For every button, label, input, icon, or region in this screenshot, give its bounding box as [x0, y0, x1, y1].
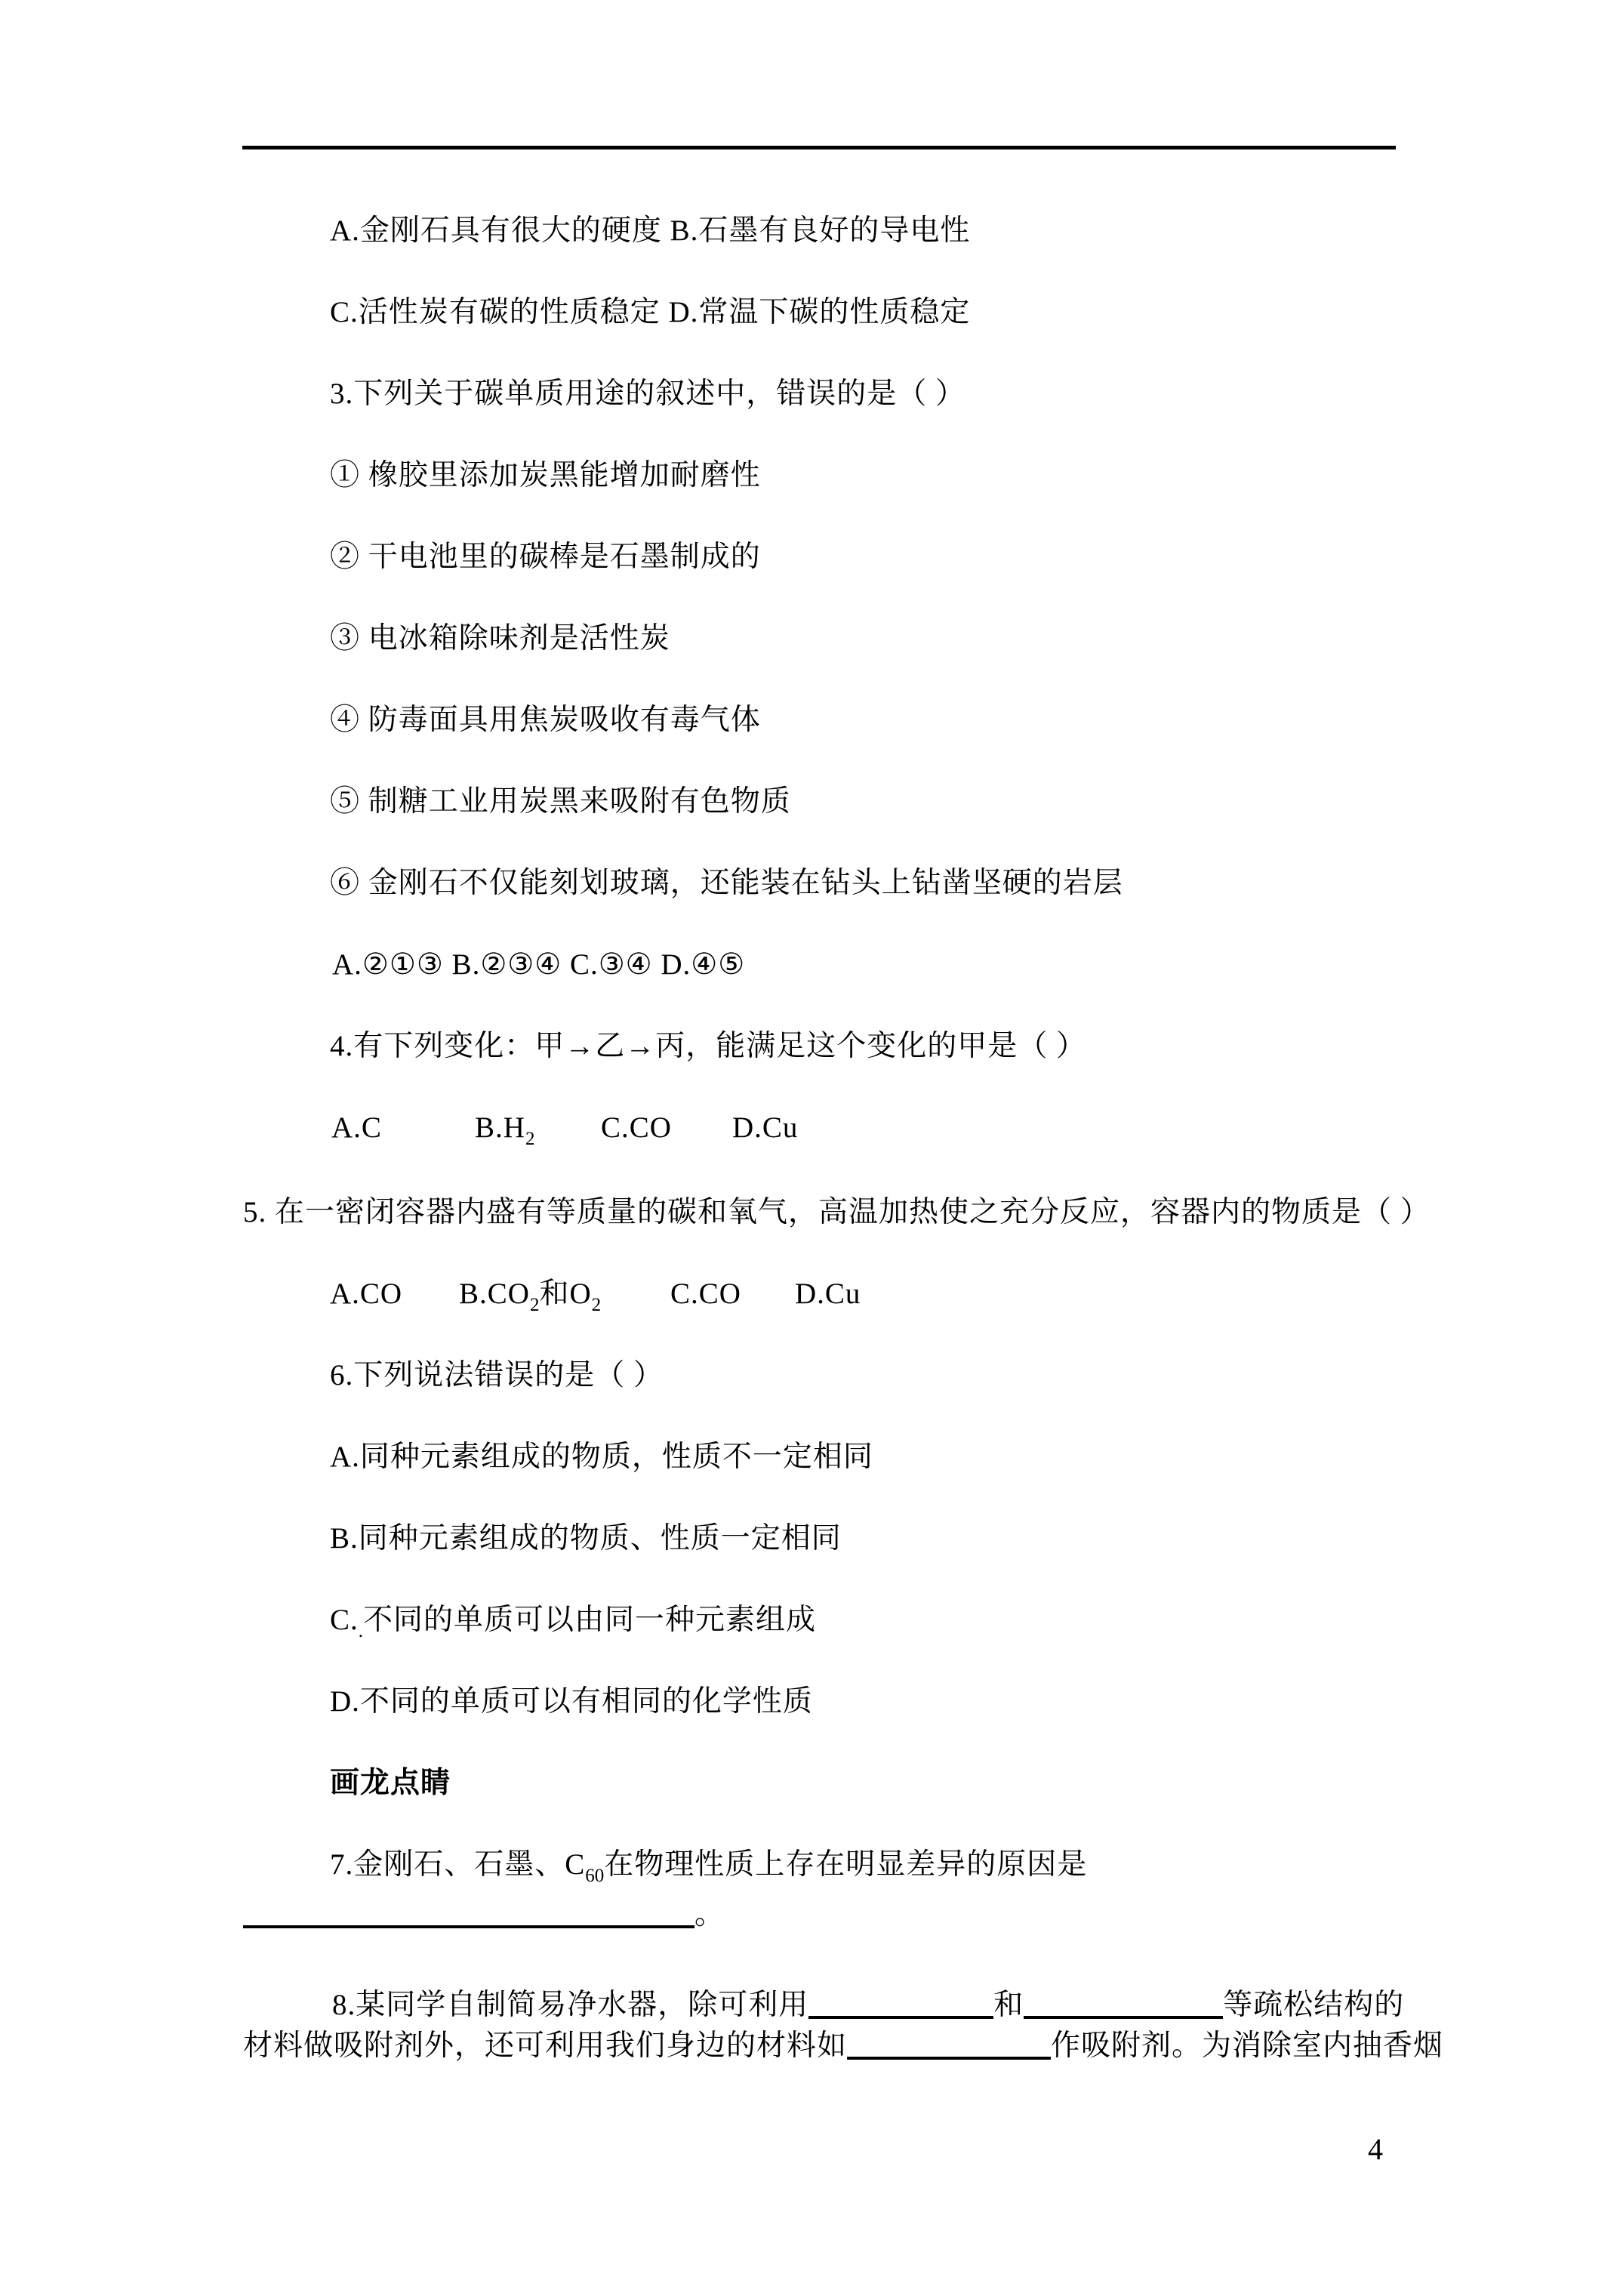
text-segment: ⑤ 制糖工业用炭黑来吸附有色物质: [330, 785, 791, 818]
q4-option-d: D.Cu: [732, 1111, 798, 1145]
text-segment: 材料做吸附剂外，还可利用我们身边的材料如: [243, 2029, 847, 2062]
text-segment: C.活性炭有碳的性质稳定 D.常温下碳的性质稳定: [330, 296, 970, 328]
q3-item-5: ⑤ 制糖工业用炭黑来吸附有色物质: [330, 784, 791, 819]
text-segment: 画龙点睛: [330, 1767, 451, 1799]
question-8-line1: 8.某同学自制简易净水器，除可利用和等疏松结构的: [332, 1986, 1404, 2023]
text-segment: 和: [993, 1989, 1024, 2021]
q5-option-b: B.CO2和O2: [459, 1277, 601, 1323]
q6-option-a: A.同种元素组成的物质，性质不一定相同: [330, 1440, 873, 1475]
question-5: 5. 在一密闭容器内盛有等质量的碳和氧气，高温加热使之充分反应，容器内的物质是（…: [243, 1195, 1431, 1230]
text-segment: 7.金刚石、石墨、C: [330, 1848, 585, 1881]
text-segment: C.: [330, 1604, 359, 1636]
text-segment: 3.下列关于碳单质用途的叙述中，错误的是（ ）: [330, 378, 965, 410]
text-segment: 6.下列说法错误的是（ ）: [330, 1359, 664, 1391]
document-page: A.金刚石具有很大的硬度 B.石墨有良好的导电性C.活性炭有碳的性质稳定 D.常…: [0, 0, 1623, 2296]
page-number: 4: [1368, 2132, 1383, 2167]
text-segment: ④ 防毒面具用焦炭吸收有毒气体: [330, 704, 761, 736]
q2-options-cd: C.活性炭有碳的性质稳定 D.常温下碳的性质稳定: [330, 295, 970, 330]
question-4: 4.有下列变化：甲→乙→丙，能满足这个变化的甲是（ ）: [330, 1029, 1086, 1064]
text-segment: A.金刚石具有很大的硬度 B.石墨有良好的导电性: [330, 214, 970, 247]
text-segment: 作吸附剂。为消除室内抽香烟: [1051, 2029, 1443, 2062]
text-segment: 4.有下列变化：甲→乙→丙，能满足这个变化的甲是（ ）: [330, 1030, 1086, 1062]
blank-underline: [847, 2026, 1051, 2060]
text-segment: 5. 在一密闭容器内盛有等质量的碳和氧气，高温加热使之充分反应，容器内的物质是（…: [243, 1196, 1431, 1228]
text-segment: ⑥ 金刚石不仅能刻划玻璃，还能装在钻头上钻凿坚硬的岩层: [330, 867, 1123, 899]
text-segment: ③ 电冰箱除味剂是活性炭: [330, 622, 670, 655]
q3-item-6: ⑥ 金刚石不仅能刻划玻璃，还能装在钻头上钻凿坚硬的岩层: [330, 866, 1123, 901]
text-segment: A.同种元素组成的物质，性质不一定相同: [330, 1441, 873, 1473]
text-segment: 不同的单质可以由同一种元素组成: [363, 1604, 816, 1636]
text-segment: A.②①③ B.②③④ C.③④ D.④⑤: [332, 948, 745, 981]
text-segment: 。: [694, 1898, 725, 1931]
blank-underline: [1024, 1986, 1223, 2019]
text-segment: B.CO: [459, 1277, 530, 1310]
text-segment: B.H: [475, 1111, 525, 1144]
q3-options: A.②①③ B.②③④ C.③④ D.④⑤: [332, 948, 745, 982]
q3-item-2: ② 干电池里的碳棒是石墨制成的: [330, 540, 761, 575]
text-segment: ① 橡胶里添加炭黑能增加耐磨性: [330, 459, 761, 492]
text-segment: C.CO: [670, 1277, 741, 1310]
section-title: 画龙点睛: [330, 1766, 451, 1801]
text-segment: D.Cu: [732, 1111, 798, 1144]
question-6: 6.下列说法错误的是（ ）: [330, 1358, 664, 1393]
q5-option-c: C.CO: [670, 1277, 741, 1311]
q7-answer-line: 。: [243, 1895, 725, 1932]
question-3: 3.下列关于碳单质用途的叙述中，错误的是（ ）: [330, 377, 965, 411]
subscript-text: 2: [530, 1295, 540, 1315]
q5-option-a: A.CO: [330, 1277, 402, 1311]
q2-options-ab: A.金刚石具有很大的硬度 B.石墨有良好的导电性: [330, 214, 970, 248]
q4-option-a: A.C: [331, 1111, 382, 1145]
text-segment: C.CO: [601, 1111, 672, 1144]
text-segment: 8.某同学自制简易净水器，除可利用: [332, 1989, 808, 2021]
q3-item-3: ③ 电冰箱除味剂是活性炭: [330, 621, 670, 656]
subscript-text: 60: [585, 1866, 604, 1886]
q6-option-b: B.同种元素组成的物质、性质一定相同: [330, 1521, 842, 1556]
text-segment: A.CO: [330, 1277, 402, 1310]
text-segment: 在物理性质上存在明显差异的原因是: [604, 1848, 1087, 1881]
subscript-text: 2: [525, 1129, 535, 1149]
blank-underline: [808, 1986, 993, 2019]
text-segment: ② 干电池里的碳棒是石墨制成的: [330, 541, 761, 573]
q4-option-b: B.H2: [475, 1111, 534, 1157]
question-7: 7.金刚石、石墨、C60在物理性质上存在明显差异的原因是: [330, 1848, 1087, 1894]
header-rule: [242, 146, 1396, 149]
text-segment: 等疏松结构的: [1223, 1989, 1404, 2021]
blank-underline: [243, 1895, 694, 1928]
q6-option-d: D.不同的单质可以有相同的化学性质: [330, 1684, 813, 1719]
text-segment: A.C: [331, 1111, 382, 1144]
text-segment: B.同种元素组成的物质、性质一定相同: [330, 1522, 842, 1555]
q3-item-1: ① 橡胶里添加炭黑能增加耐磨性: [330, 458, 761, 493]
q5-option-d: D.Cu: [795, 1277, 861, 1311]
q6-option-c: C..不同的单质可以由同一种元素组成: [330, 1603, 816, 1649]
subscript-text: 2: [592, 1295, 602, 1315]
q3-item-4: ④ 防毒面具用焦炭吸收有毒气体: [330, 703, 761, 738]
q4-option-c: C.CO: [601, 1111, 672, 1145]
text-segment: D.不同的单质可以有相同的化学性质: [330, 1685, 813, 1718]
text-segment: 和O: [539, 1277, 591, 1310]
question-8-line2: 材料做吸附剂外，还可利用我们身边的材料如作吸附剂。为消除室内抽香烟: [243, 2026, 1443, 2063]
text-segment: D.Cu: [795, 1277, 861, 1310]
